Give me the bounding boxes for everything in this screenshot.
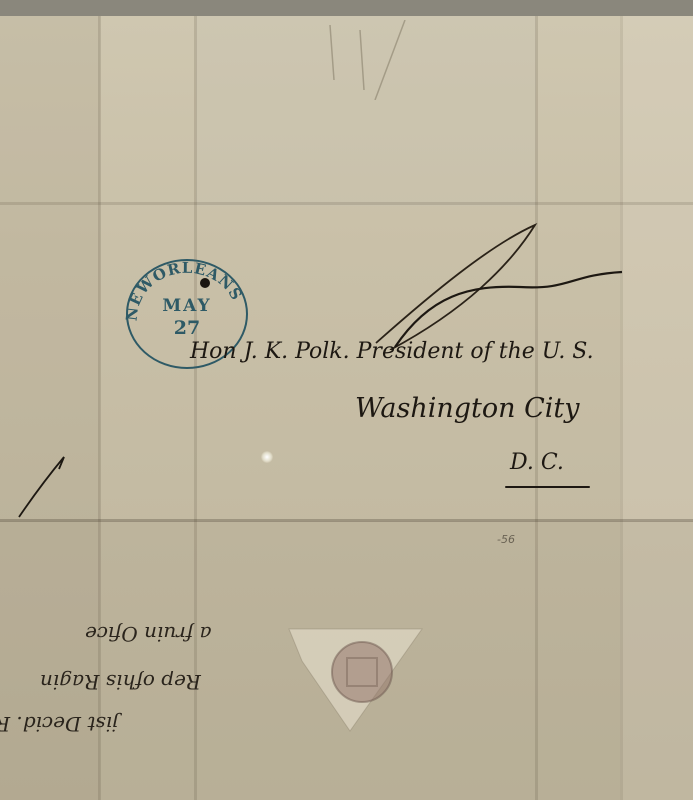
address-underline bbox=[505, 486, 590, 488]
fold-line-horizontal bbox=[0, 202, 693, 205]
wax-seal-flap bbox=[287, 626, 427, 736]
quill-flourish-mark bbox=[370, 215, 630, 350]
ink-blot bbox=[200, 278, 210, 288]
inverted-text-line: jist Decid. R bbox=[0, 712, 118, 736]
letter-photo: NEWORLEANS MAY 27 Hon J. K. Polk. Presid… bbox=[0, 0, 693, 800]
wax-seal-icon bbox=[287, 626, 427, 736]
fold-line-vertical bbox=[620, 16, 623, 800]
pencil-annotation: -56 bbox=[497, 533, 515, 546]
faint-pencil-marks bbox=[320, 20, 420, 100]
postmark-day: 27 bbox=[124, 317, 250, 339]
address-line-city: Washington City bbox=[355, 393, 580, 424]
address-line-district: D. C. bbox=[510, 450, 564, 475]
table-surface bbox=[0, 0, 693, 16]
postmark-month: MAY bbox=[124, 296, 250, 316]
inverted-text-line: a fruin Ofice bbox=[85, 622, 212, 646]
inverted-text-line: Rep ofhis Ragin bbox=[40, 670, 201, 694]
light-glare bbox=[261, 451, 273, 463]
address-line-recipient: Hon J. K. Polk. President of the U. S. bbox=[190, 339, 594, 364]
fold-line-horizontal bbox=[0, 519, 693, 522]
check-mark-stroke bbox=[14, 455, 74, 525]
